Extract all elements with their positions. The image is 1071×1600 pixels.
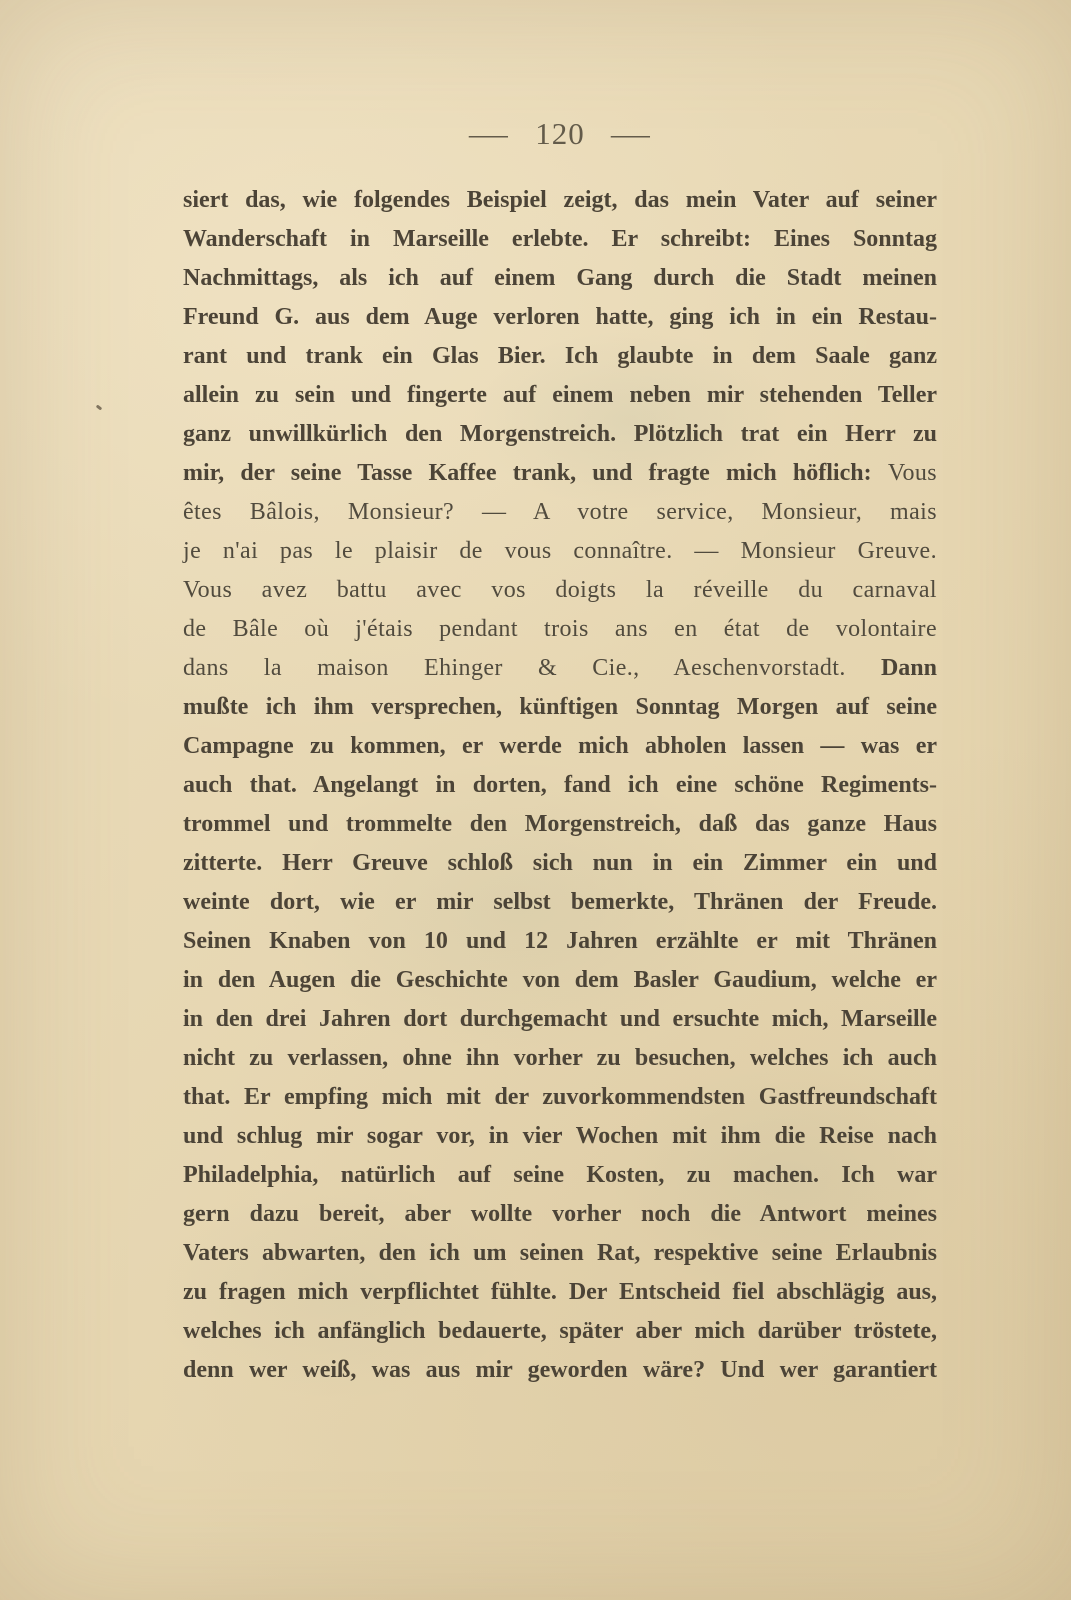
fraktur-text: trommel und trommelte den Morgenstreich,… [183, 811, 937, 837]
fraktur-text: zu fragen mich verpflichtet fühlte. Der … [183, 1279, 937, 1305]
fraktur-text: Philadelphia, natürlich auf seine Kosten… [183, 1162, 937, 1188]
fraktur-text: that. Er empfing mich mit der zuvorkomme… [183, 1084, 937, 1110]
fraktur-text: Nachmittags, als ich auf einem Gang durc… [183, 265, 937, 291]
text-line: Nachmittags, als ich auf einem Gang durc… [183, 259, 937, 298]
fraktur-text: Wanderschaft in Marseille erlebte. Er sc… [183, 226, 937, 252]
fraktur-text: Freund G. aus dem Auge verloren hatte, g… [183, 304, 937, 330]
antiqua-text: êtes Bâlois, Monsieur? — A votre service… [183, 499, 937, 525]
text-line: Seinen Knaben von 10 und 12 Jahren erzäh… [183, 922, 937, 961]
text-line: de Bâle où j'étais pendant trois ans en … [183, 610, 937, 649]
text-line: rant und trank ein Glas Bier. Ich glaubt… [183, 337, 937, 376]
antiqua-text: Vous avez battu avec vos doigts la révei… [183, 577, 937, 603]
book-page: —120— siert das, wie folgendes Beispiel … [0, 0, 1071, 1600]
text-line: je n'ai pas le plaisir de vous connaître… [183, 532, 937, 571]
antiqua-text: de Bâle où j'étais pendant trois ans en … [183, 616, 937, 642]
fraktur-text: ganz unwillkürlich den Morgenstreich. Pl… [183, 421, 937, 447]
text-line: Vaters abwarten, den ich um seinen Rat, … [183, 1234, 937, 1273]
text-line: Vous avez battu avec vos doigts la révei… [183, 571, 937, 610]
text-line: denn wer weiß, was aus mir geworden wäre… [183, 1351, 937, 1390]
antiqua-text: dans la maison Ehinger & Cie., Aeschenvo… [183, 655, 881, 681]
text-line: nicht zu verlassen, ohne ihn vorher zu b… [183, 1039, 937, 1078]
fraktur-text: mir, der seine Tasse Kaffee trank, und f… [183, 460, 888, 486]
text-line: that. Er empfing mich mit der zuvorkomme… [183, 1078, 937, 1117]
text-line: Campagne zu kommen, er werde mich abhole… [183, 727, 937, 766]
text-line: Philadelphia, natürlich auf seine Kosten… [183, 1156, 937, 1195]
text-line: Freund G. aus dem Auge verloren hatte, g… [183, 298, 937, 337]
page-header: —120— [183, 116, 937, 152]
text-line: Wanderschaft in Marseille erlebte. Er sc… [183, 220, 937, 259]
text-line: auch that. Angelangt in dorten, fand ich… [183, 766, 937, 805]
paper-speck [96, 404, 103, 410]
fraktur-text: Dann [881, 655, 937, 681]
fraktur-text: siert das, wie folgendes Beispiel zeigt,… [183, 187, 937, 213]
antiqua-text: Vous [888, 460, 937, 486]
fraktur-text: Vaters abwarten, den ich um seinen Rat, … [183, 1240, 937, 1266]
fraktur-text: Seinen Knaben von 10 und 12 Jahren erzäh… [183, 928, 937, 954]
text-line: weinte dort, wie er mir selbst bemerkte,… [183, 883, 937, 922]
text-line: in den drei Jahren dort durchgemacht und… [183, 1000, 937, 1039]
fraktur-text: denn wer weiß, was aus mir geworden wäre… [183, 1357, 937, 1383]
fraktur-text: in den drei Jahren dort durchgemacht und… [183, 1006, 937, 1032]
fraktur-text: in den Augen die Geschichte von dem Basl… [183, 967, 937, 993]
text-line: in den Augen die Geschichte von dem Basl… [183, 961, 937, 1000]
text-line: ganz unwillkürlich den Morgenstreich. Pl… [183, 415, 937, 454]
text-line: zu fragen mich verpflichtet fühlte. Der … [183, 1273, 937, 1312]
text-line: êtes Bâlois, Monsieur? — A votre service… [183, 493, 937, 532]
fraktur-text: Campagne zu kommen, er werde mich abhole… [183, 733, 937, 759]
fraktur-text: weinte dort, wie er mir selbst bemerkte,… [183, 889, 937, 915]
text-line: und schlug mir sogar vor, in vier Wochen… [183, 1117, 937, 1156]
header-left-dash: — [469, 116, 509, 152]
page-number: 120 [535, 116, 585, 152]
text-line: zitterte. Herr Greuve schloß sich nun in… [183, 844, 937, 883]
fraktur-text: zitterte. Herr Greuve schloß sich nun in… [183, 850, 937, 876]
fraktur-text: welches ich anfänglich bedauerte, später… [183, 1318, 937, 1344]
fraktur-text: mußte ich ihm versprechen, künftigen Son… [183, 694, 937, 720]
text-line: siert das, wie folgendes Beispiel zeigt,… [183, 181, 937, 220]
header-right-dash: — [611, 116, 651, 152]
text-line: dans la maison Ehinger & Cie., Aeschenvo… [183, 649, 937, 688]
fraktur-text: allein zu sein und fingerte auf einem ne… [183, 382, 937, 408]
fraktur-text: gern dazu bereit, aber wollte vorher noc… [183, 1201, 937, 1227]
antiqua-text: je n'ai pas le plaisir de vous connaître… [183, 538, 937, 564]
fraktur-text: rant und trank ein Glas Bier. Ich glaubt… [183, 343, 937, 369]
text-line: trommel und trommelte den Morgenstreich,… [183, 805, 937, 844]
fraktur-text: und schlug mir sogar vor, in vier Wochen… [183, 1123, 937, 1149]
text-line: welches ich anfänglich bedauerte, später… [183, 1312, 937, 1351]
text-line: gern dazu bereit, aber wollte vorher noc… [183, 1195, 937, 1234]
text-line: allein zu sein und fingerte auf einem ne… [183, 376, 937, 415]
fraktur-text: nicht zu verlassen, ohne ihn vorher zu b… [183, 1045, 937, 1071]
fraktur-text: auch that. Angelangt in dorten, fand ich… [183, 772, 937, 798]
text-line: mir, der seine Tasse Kaffee trank, und f… [183, 454, 937, 493]
text-block: siert das, wie folgendes Beispiel zeigt,… [183, 181, 937, 1390]
text-line: mußte ich ihm versprechen, künftigen Son… [183, 688, 937, 727]
